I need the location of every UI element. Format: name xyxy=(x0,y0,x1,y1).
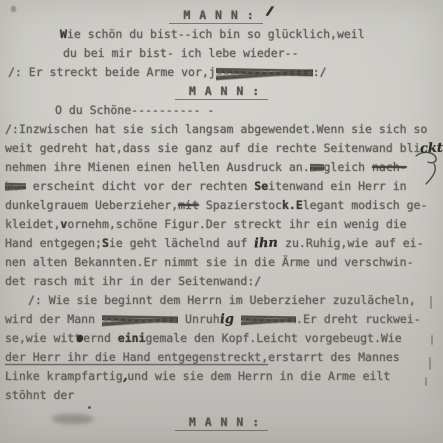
speaker-header-line: M A N N : xyxy=(0,82,443,101)
text-segment-normal: gleich xyxy=(324,160,372,174)
text-line: se,wie witternd einigemale den Kopf.Leic… xyxy=(0,329,443,348)
handwritten-flourish xyxy=(414,148,440,186)
text-segment-scribble: xxxxxxxxxxxxxx xyxy=(216,63,313,82)
speaker-header-line: M A N N : xyxy=(0,6,443,25)
text-line: /:Inzwischen hat sie sich langsam abgewe… xyxy=(0,120,443,139)
text-segment-scribble: zu xyxy=(310,158,324,177)
paper-speck xyxy=(11,6,16,12)
text-segment-normal: ie schön du bist--ich bin so glücklich,w… xyxy=(67,27,365,41)
text-segment-normal: .Er dreht ruckwei- xyxy=(296,312,421,326)
text-segment-strike: mit xyxy=(178,198,199,212)
text-segment-normal: nen alten Bekannten.Er nimmt sie in die … xyxy=(5,255,414,269)
text-segment-normal: weit gedreht hat,dass sie ganz auf die r… xyxy=(5,141,420,155)
text-segment-normal: Spazierstoc xyxy=(199,198,282,212)
text-segment-normal: Unruh xyxy=(178,312,220,326)
text-segment-normal: /: Er streckt beide Arme vor,j xyxy=(8,65,216,79)
text-segment-normal: Linke krampfartig xyxy=(5,369,123,383)
text-line: /: Er streckt beide Arme vor,jxxxxxxxxxx… xyxy=(0,63,443,82)
margin-tick xyxy=(429,357,431,370)
text-segment-scribble: her xyxy=(5,177,26,196)
text-segment-normal: :/ xyxy=(313,65,327,79)
margin-tick xyxy=(425,377,427,386)
text-segment-hand: ihn xyxy=(254,234,278,254)
margin-tick xyxy=(431,335,433,345)
text-segment-normal: gemale den Kopf.Leicht vorgebeugt.Wie xyxy=(146,331,402,345)
text-segment-hand: ig xyxy=(219,310,234,329)
text-segment-normal: zu.Ruhig,wie auf ei- xyxy=(278,236,423,250)
text-segment-normal: erstarrt des Mannes xyxy=(268,350,400,364)
text-segment-normal: /: Wie sie beginnt dem Herrn im Ueberzie… xyxy=(28,293,416,307)
text-line: her erscheint dicht vor der rechten Seit… xyxy=(0,177,443,196)
text-line: du bei mir bist- ich lebe wieder-- xyxy=(0,44,443,63)
document-page: M A N N :Wie schön du bist--ich bin so g… xyxy=(0,0,443,443)
text-line: det rasch mit ihr in der Seitenwand:/ xyxy=(0,272,443,291)
text-line: Hand entgegen;Sie geht lächelnd auf ihn … xyxy=(0,234,443,253)
text-segment-normal: kleidet, xyxy=(5,217,60,231)
text-line: /: Wie sie beginnt dem Herrn im Ueberzie… xyxy=(0,291,443,310)
text-segment-pen-mark xyxy=(264,5,274,16)
text-line: kleidet,vornehm,schöne Figur.Der streckt… xyxy=(0,215,443,234)
text-line: stöhnt der xyxy=(0,386,443,405)
text-line: O du Schöne---------- - xyxy=(0,101,443,120)
text-line: der Herr ihr die Hand entgegenstreckt,er… xyxy=(0,348,443,367)
margin-tick xyxy=(430,296,432,309)
text-segment-normal: ornehm,schöne Figur.Der streckt ihr ein … xyxy=(67,217,406,231)
text-segment-bold: Se xyxy=(254,179,268,193)
text-line: wird der Mann xxxxxxxxxxx Unruhig xxxxxx… xyxy=(0,310,443,329)
text-line: weit gedreht hat,dass sie ganz auf die r… xyxy=(0,139,443,158)
text-segment-normal: ie geht lächelnd auf xyxy=(109,236,254,250)
text-line: Linke krampfartig,und wie sie dem Herrn … xyxy=(0,367,443,386)
text-segment-normal: erscheint dicht vor der rechten xyxy=(26,179,254,193)
text-line: dunkelgrauem Ueberzieher,mit Spazierstoc… xyxy=(0,196,443,215)
text-segment-normal: nehmen ihre Mienen einen hellen Ausdruck… xyxy=(5,160,310,174)
text-segment-normal xyxy=(234,312,241,326)
text-line: nehmen ihre Mienen einen hellen Ausdruck… xyxy=(0,158,443,177)
ink-dot xyxy=(88,406,91,409)
text-segment-header: M A N N : xyxy=(175,415,268,431)
text-segment-normal: /:Inzwischen hat sie sich langsam abgewe… xyxy=(5,122,427,136)
typewritten-text: M A N N :Wie schön du bist--ich bin so g… xyxy=(0,6,443,432)
ink-smudge xyxy=(52,414,94,424)
text-segment-normal: legant modisch ge- xyxy=(303,198,428,212)
text-segment-normal: Hand entgegen; xyxy=(5,236,102,250)
text-segment-hand: , xyxy=(122,367,127,386)
text-segment-bold: S xyxy=(102,236,109,250)
text-segment-normal: itenwand ein Herr in xyxy=(268,179,406,193)
text-segment-strike: nach- xyxy=(372,160,407,174)
text-segment-normal: stöhnt der xyxy=(5,388,74,402)
text-segment-normal: se,wie witt xyxy=(5,331,81,345)
text-segment-scribble: xxxxxxxxxxx xyxy=(102,310,178,329)
text-segment-normal: det rasch mit ihr in der Seitenwand:/ xyxy=(5,274,261,288)
text-segment-normal: dunkelgrauem Ueberzieher, xyxy=(5,198,178,212)
text-segment-normal: und wie sie dem Herrn in die Arme eilt xyxy=(127,369,390,383)
text-segment-bold: W xyxy=(60,27,67,41)
text-segment-bold: eini xyxy=(118,331,146,345)
text-segment-normal: du bei mir bist- ich lebe wieder-- xyxy=(63,46,298,60)
text-segment-normal: ernd xyxy=(83,331,118,345)
text-segment-scribble: xxxxxxxx xyxy=(241,310,296,329)
text-segment-underline: der Herr ihr die Hand entgegenstreckt, xyxy=(5,350,268,364)
text-segment-header: M A N N : xyxy=(169,8,262,24)
text-segment-normal: O du Schöne---------- - xyxy=(55,103,214,117)
text-segment-normal: wird der Mann xyxy=(5,312,102,326)
text-segment-header: M A N N : xyxy=(175,84,268,100)
text-segment-bold: k.E xyxy=(282,198,303,212)
text-line: Wie schön du bist--ich bin so glücklich,… xyxy=(0,25,443,44)
text-line: nen alten Bekannten.Er nimmt sie in die … xyxy=(0,253,443,272)
